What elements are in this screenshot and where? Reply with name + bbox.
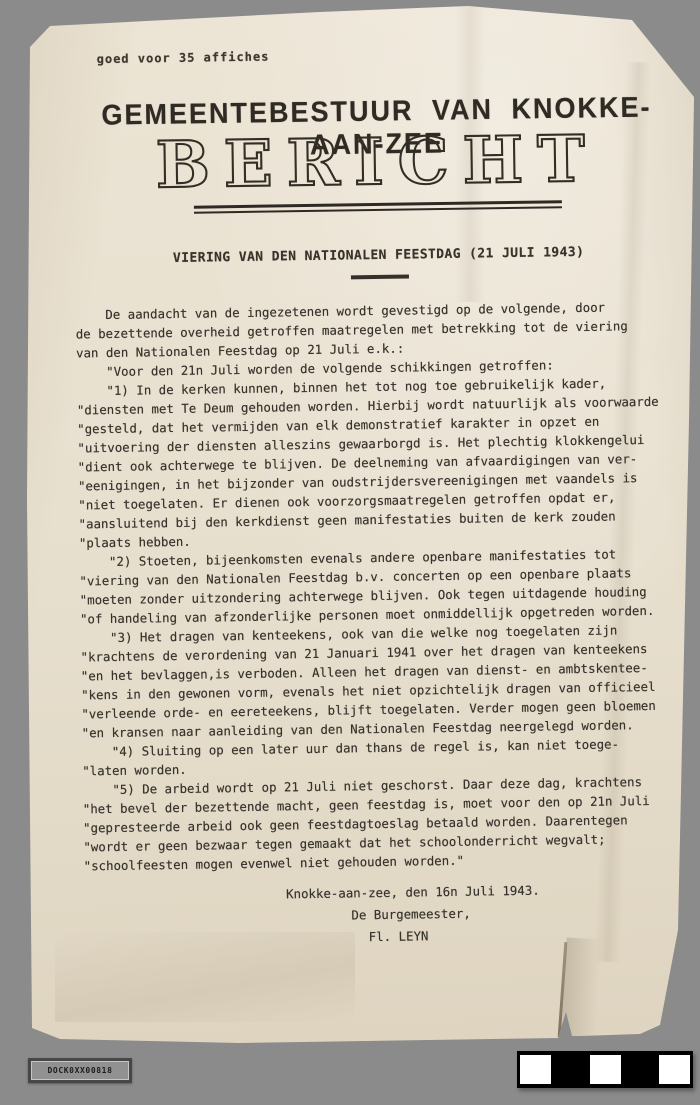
- scale-bar-cell: [520, 1055, 551, 1084]
- subject-divider: [351, 275, 409, 280]
- catalog-label: DOCK0XX00818: [28, 1058, 132, 1083]
- scale-bar: [517, 1051, 693, 1088]
- approval-stamp-text: goed voor 35 affiches: [97, 50, 270, 67]
- closing-block: Knokke-aan-zee, den 16n Juli 1943. De Bu…: [84, 877, 693, 952]
- title-underline: [194, 200, 562, 213]
- catalog-number: DOCK0XX00818: [48, 1066, 113, 1075]
- document-title: BERICHT: [73, 120, 682, 204]
- body-text: De aandacht van de ingezetenen wordt gev…: [75, 296, 691, 875]
- scale-bar-cell: [659, 1055, 690, 1084]
- scale-bar-cell: [624, 1055, 655, 1084]
- scale-bar-cell: [590, 1055, 621, 1084]
- photo-background: goed voor 35 affiches GEMEENTEBESTUUR VA…: [0, 0, 700, 1105]
- signatory-name: Fl. LEYN: [369, 921, 693, 948]
- subject-line: VIERING VAN DEN NATIONALEN FEESTDAG (21 …: [75, 243, 683, 267]
- catalog-label-frame: DOCK0XX00818: [31, 1061, 129, 1080]
- scale-bar-cell: [555, 1055, 586, 1084]
- document-paper: goed voor 35 affiches GEMEENTEBESTUUR VA…: [25, 2, 697, 1046]
- document-content: goed voor 35 affiches GEMEENTEBESTUUR VA…: [71, 0, 694, 1046]
